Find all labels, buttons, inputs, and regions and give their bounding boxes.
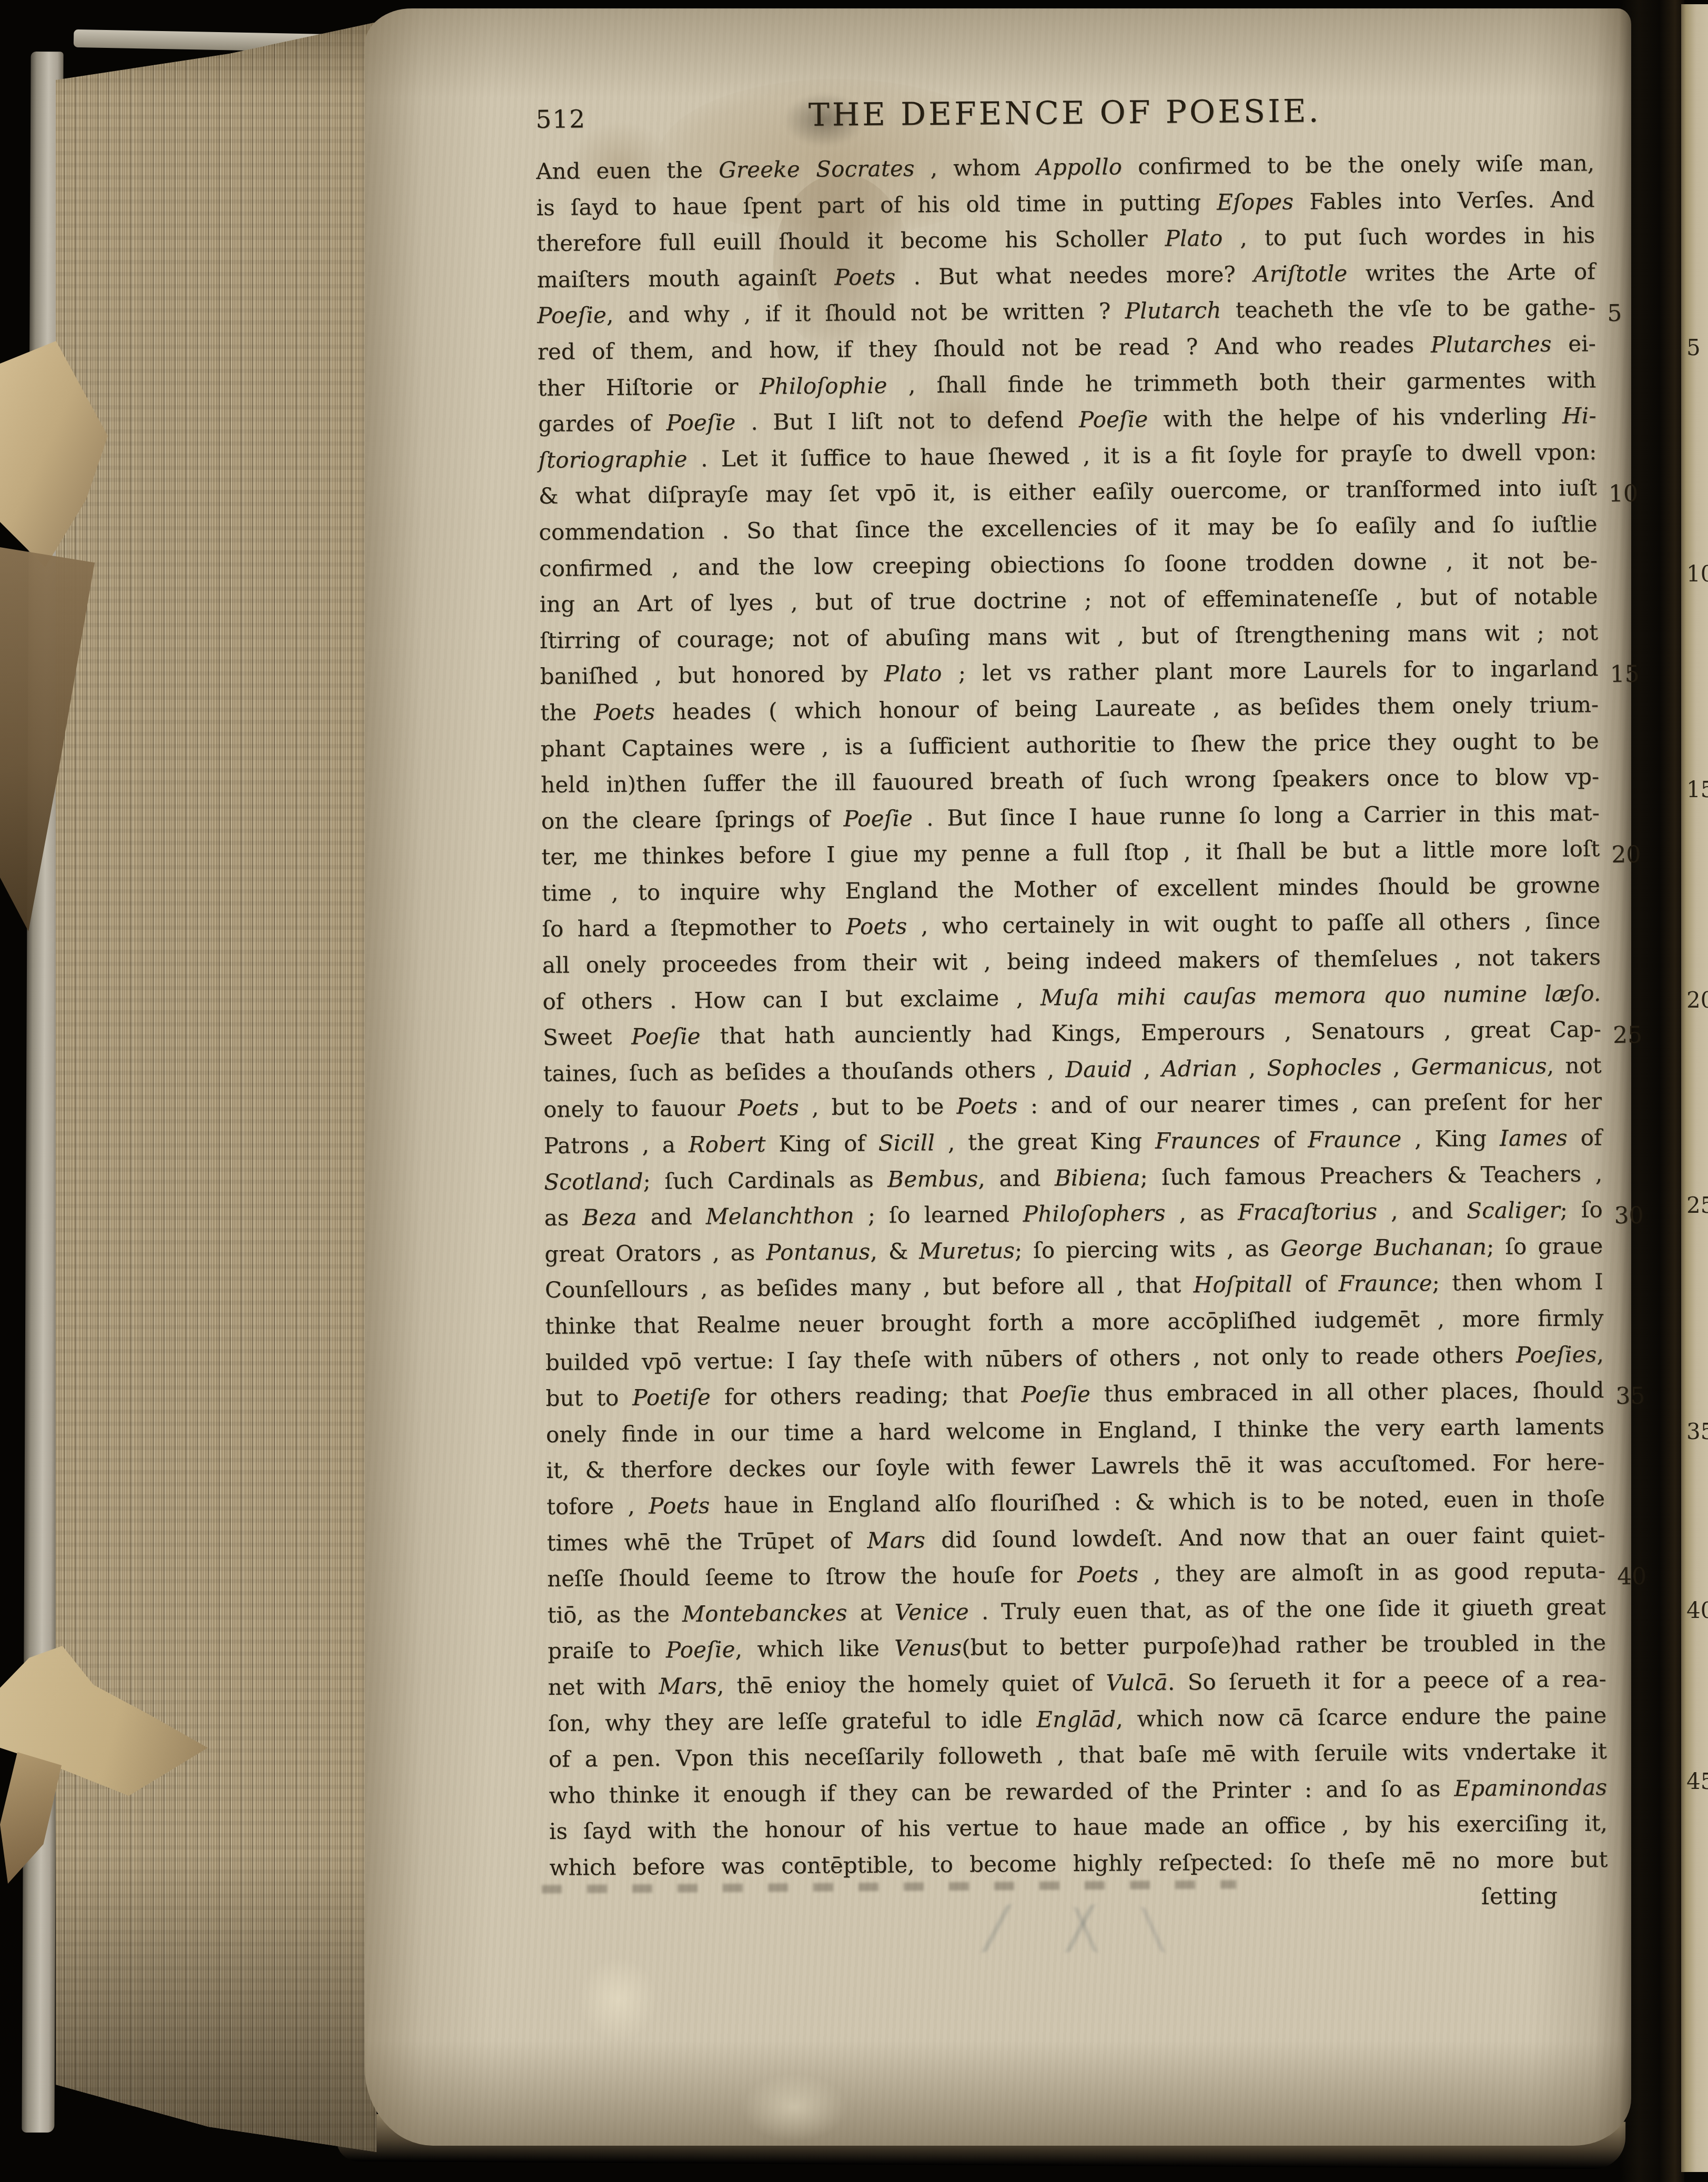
facing-page-line-number: 15 bbox=[1686, 777, 1708, 802]
facing-page-line-number: 10 bbox=[1686, 561, 1708, 587]
page-block-fore-edge bbox=[56, 17, 377, 2152]
facing-page-line-number: 40 bbox=[1686, 1597, 1708, 1623]
body-text: And euen the Greeke Socrates , whom Appo… bbox=[536, 145, 1608, 1886]
text-line: which before was contēptible, to become … bbox=[549, 1842, 1608, 1886]
running-header: THE DEFENCE OF POESIE. bbox=[535, 91, 1594, 136]
facing-page-sliver: 510152025354045 bbox=[1681, 4, 1708, 2172]
printed-text-area: 512 THE DEFENCE OF POESIE. And euen the … bbox=[535, 91, 1609, 1972]
catchword: ſetting bbox=[1481, 1883, 1558, 1910]
facing-page-line-number: 5 bbox=[1686, 335, 1701, 360]
facing-page-line-number: 35 bbox=[1686, 1419, 1708, 1444]
gutter-shadow bbox=[1619, 0, 1684, 2182]
facing-page-line-number: 25 bbox=[1686, 1192, 1708, 1218]
facing-page-line-number: 45 bbox=[1686, 1768, 1708, 1794]
facing-page-line-number: 20 bbox=[1686, 987, 1708, 1013]
book-photo: 512 THE DEFENCE OF POESIE. And euen the … bbox=[0, 0, 1708, 2182]
